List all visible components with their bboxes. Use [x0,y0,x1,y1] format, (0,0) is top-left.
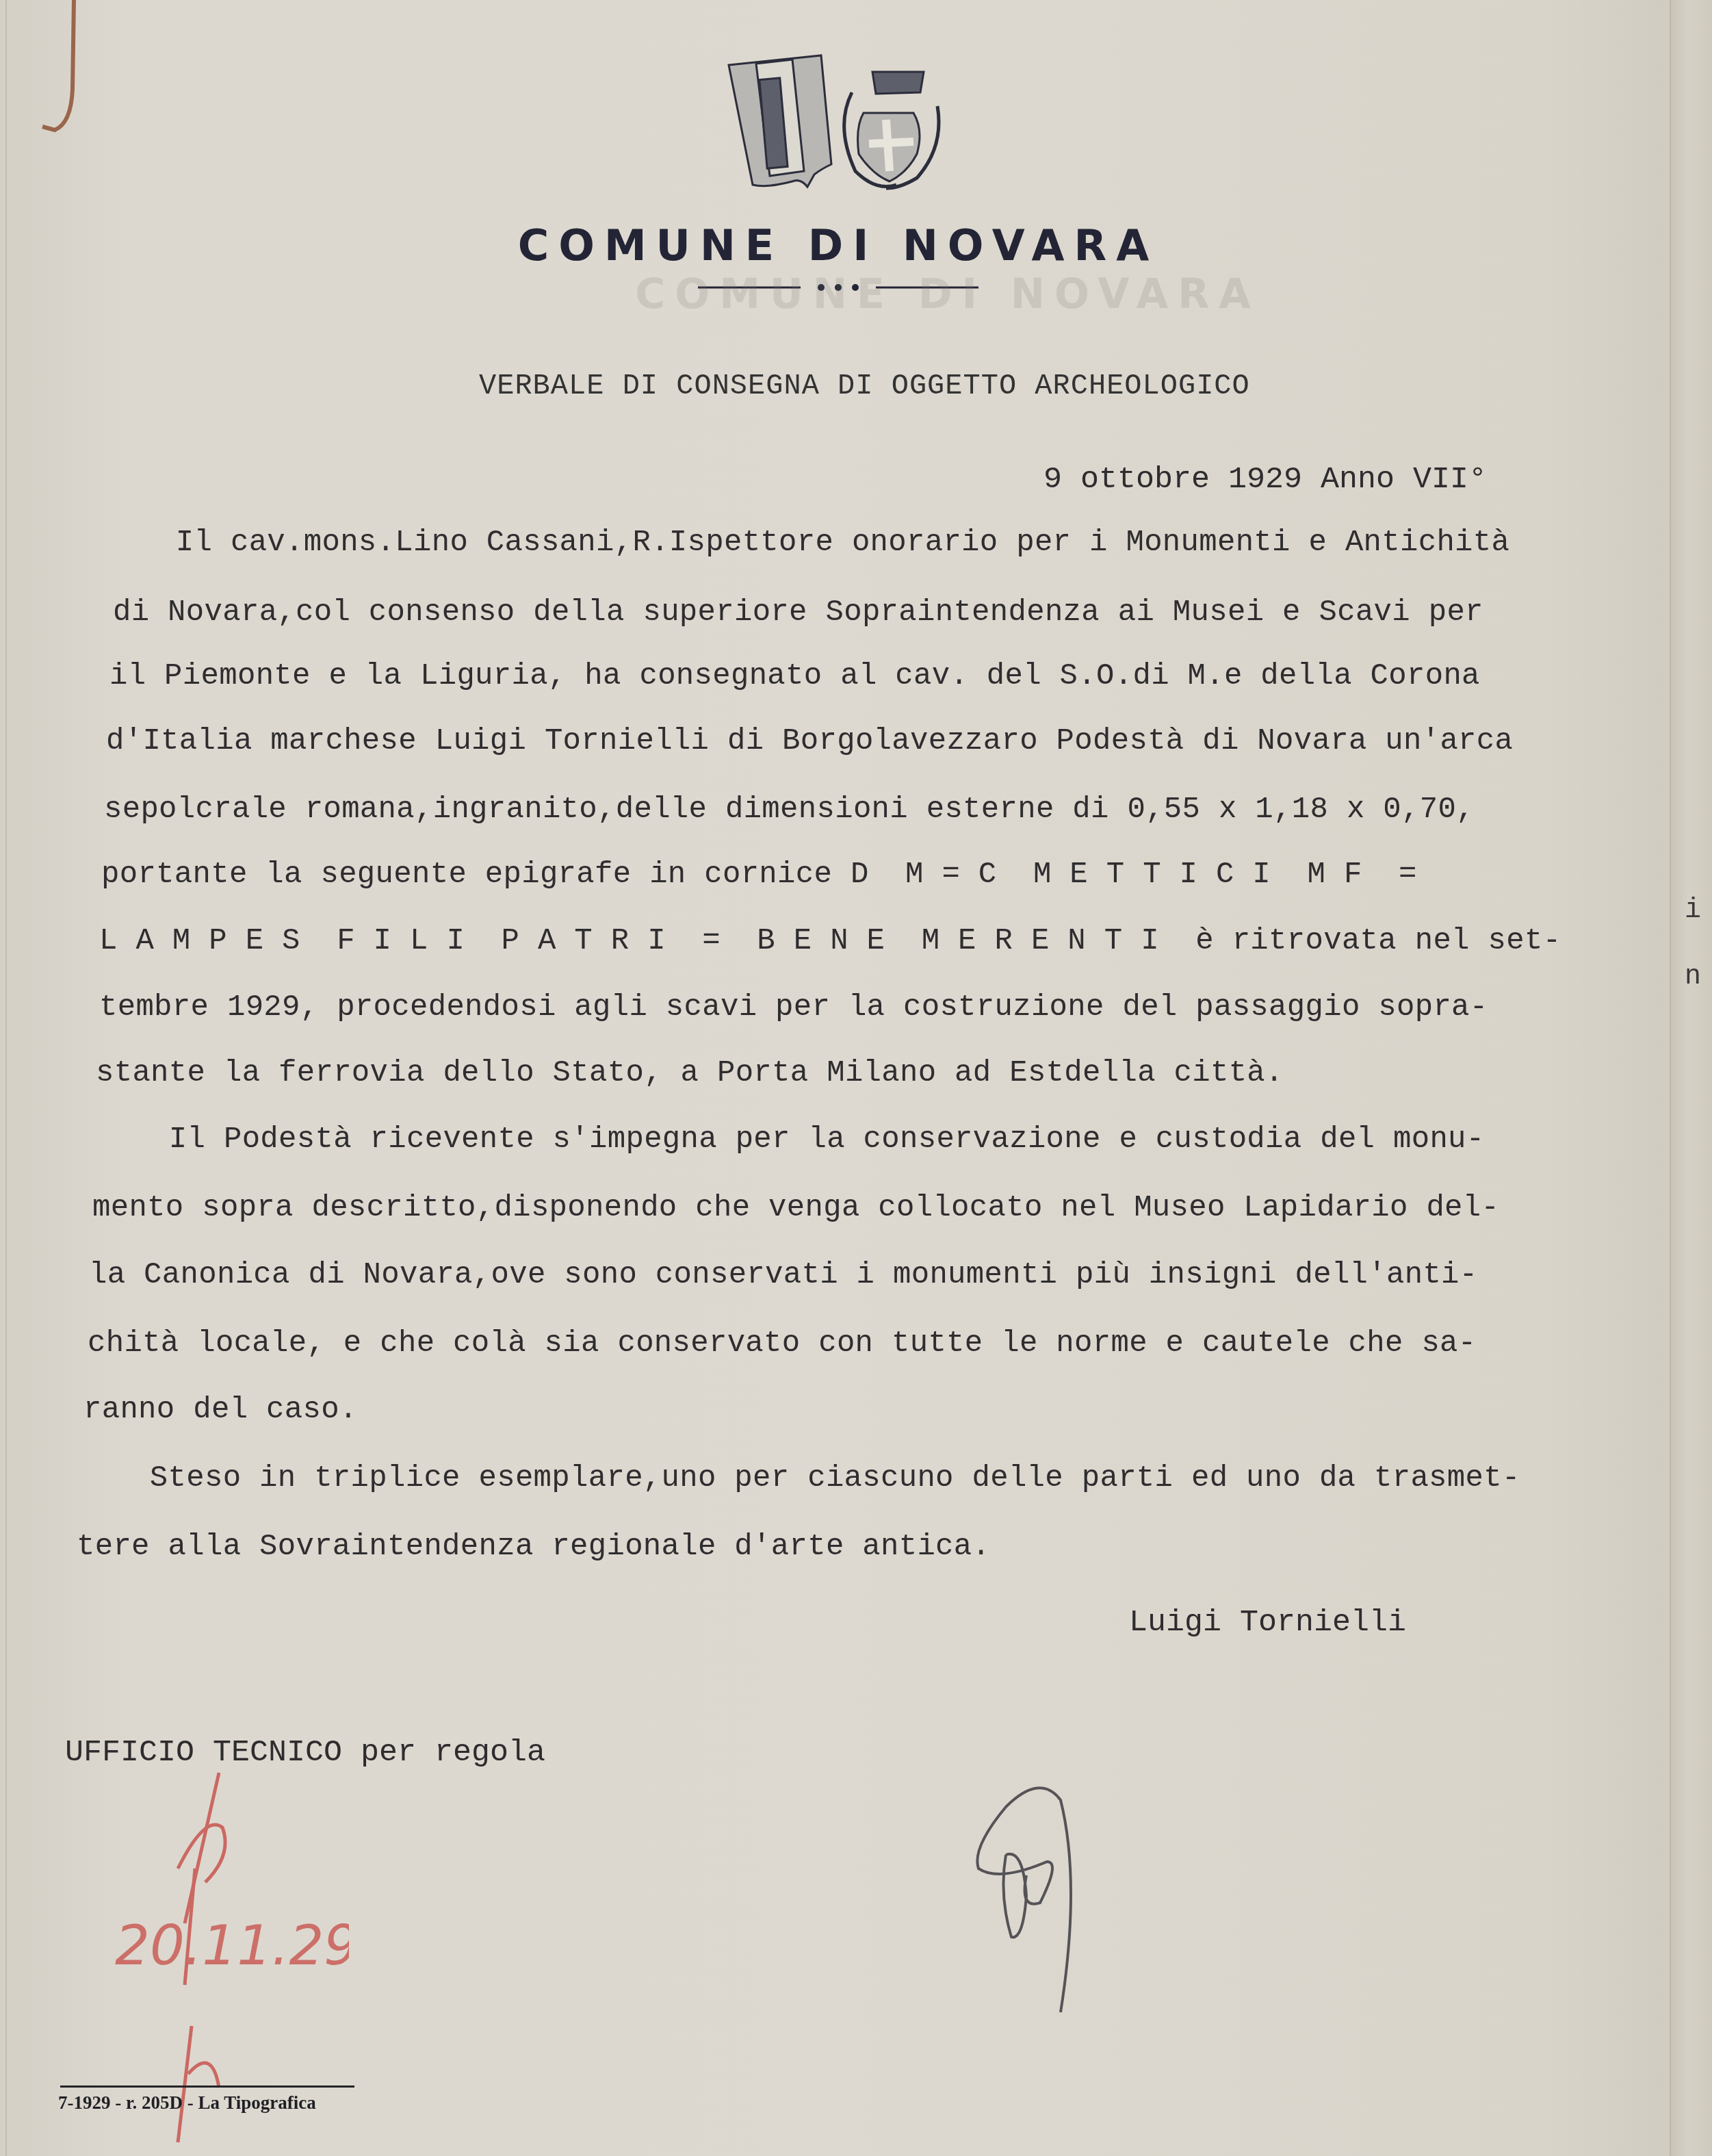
signatory-name: Luigi Tornielli [1129,1605,1406,1640]
printer-imprint-rule [60,2086,354,2088]
body-line: portante la seguente epigrafe in cornice… [101,858,1417,892]
body-line: di Novara,col consenso della superiore S… [113,595,1483,630]
body-line: d'Italia marchese Luigi Tornielli di Bor… [106,724,1513,758]
document-date: 9 ottobre 1929 Anno VII° [1043,462,1487,497]
document-title: VERBALE DI CONSEGNA DI OGGETTO ARCHEOLOG… [479,370,1334,402]
coat-of-arms-icon [718,51,951,195]
body-line: la Canonica di Novara,ove sono conservat… [89,1258,1478,1292]
body-line: tere alla Sovraintendenza regionale d'ar… [77,1530,990,1564]
body-line: Il Podestà ricevente s'impegna per la co… [96,1122,1485,1157]
body-line: il Piemonte e la Liguria, ha consegnato … [109,659,1480,693]
body-line: sepolcrale romana,ingranito,delle dimens… [104,793,1475,827]
body-line: stante la ferrovia dello Stato, a Porta … [96,1056,1284,1090]
body-line: chità locale, e che colà sia conservato … [88,1326,1477,1361]
next-page-edge [1670,0,1712,2156]
pencil-signature-icon [958,1780,1095,2026]
adjacent-page-letter: i [1685,895,1701,926]
body-line: Steso in triplice esemplare,uno per cias… [77,1461,1520,1496]
body-line: mento sopra descritto,disponendo che ven… [92,1191,1499,1225]
body-line: ranno del caso. [83,1393,358,1427]
letterhead-title: COMUNE DI NOVARA [411,220,1266,270]
bleed-through-title: COMUNE DI NOVARA [510,270,1386,318]
body-line: L A M P E S F I L I P A T R I = B E N E … [99,924,1561,958]
body-line: Il cav.mons.Lino Cassani,R.Ispettore ono… [103,526,1509,560]
paper-fold-line [5,0,7,2156]
red-handwritten-date: 20.11.29 [115,1914,349,1977]
printer-imprint: 7-1929 - r. 205D - La Tipografica [58,2092,316,2114]
adjacent-page-letter: n [1685,962,1701,992]
rust-stain-mark [21,0,89,137]
body-line: tembre 1929, procedendosi agli scavi per… [99,990,1488,1025]
